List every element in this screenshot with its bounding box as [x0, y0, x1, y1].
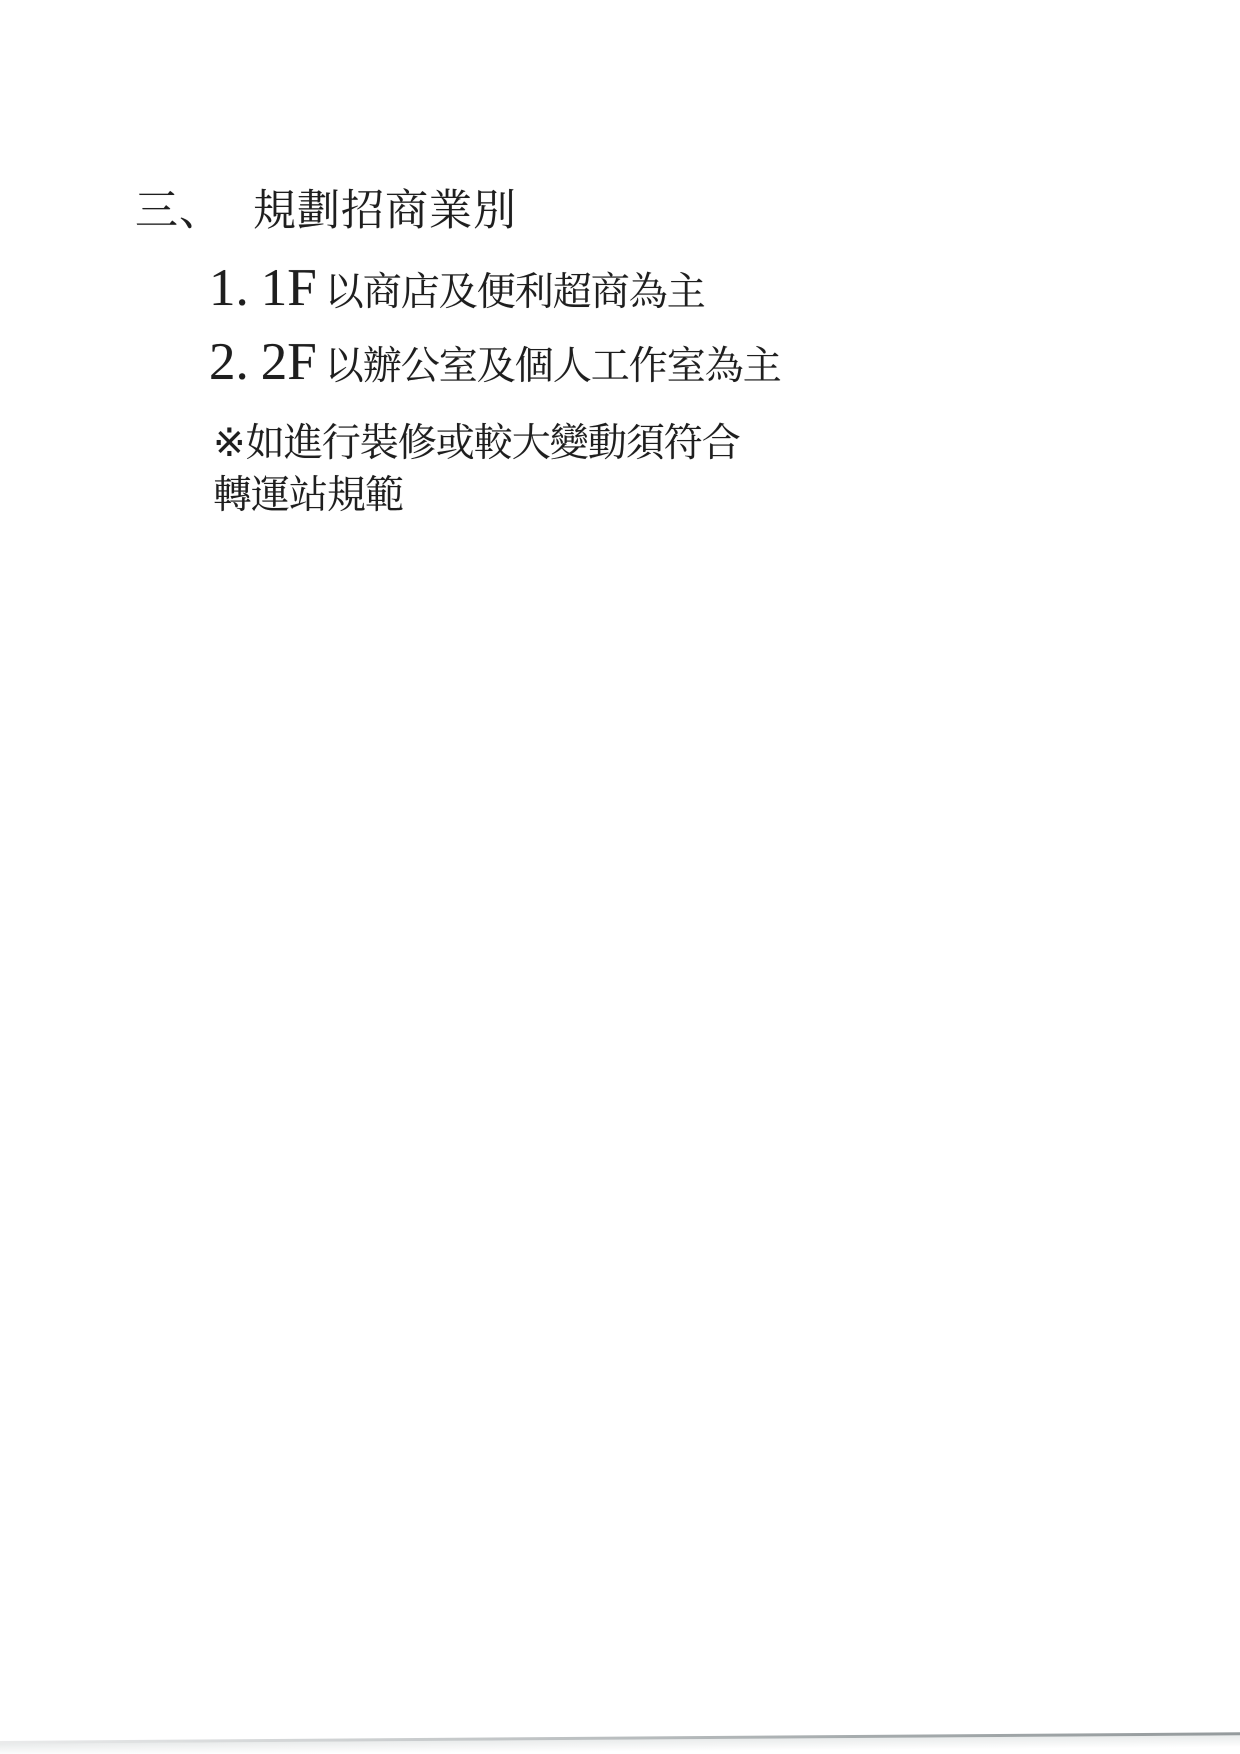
list-item-1: 1.1F以商店及便利超商為主 [209, 262, 705, 315]
list-item-2-number: 2. [209, 333, 249, 391]
list-item-1-floor-label: 1F [261, 259, 317, 317]
list-item-2-text: 以辦公室及個人工作室為主 [325, 345, 781, 388]
section-heading: 三、規劃招商業別 [135, 190, 517, 233]
reference-mark: ※ [213, 422, 246, 465]
note-text-line-1: 如進行裝修或較大變動須符合 [246, 422, 740, 465]
note-line-1: ※如進行裝修或較大變動須符合 [213, 424, 740, 463]
scanned-document-page: 三、規劃招商業別 1.1F以商店及便利超商為主 2.2F以辦公室及個人工作室為主… [0, 0, 1240, 1754]
section-heading-number: 三、 [135, 188, 223, 235]
note-text-line-2: 轉運站規範 [213, 474, 403, 517]
note-line-2: 轉運站規範 [213, 476, 403, 515]
list-item-2: 2.2F以辦公室及個人工作室為主 [209, 336, 781, 389]
list-item-1-number: 1. [209, 259, 249, 317]
list-item-1-text: 以商店及便利超商為主 [325, 271, 705, 314]
section-heading-title: 規劃招商業別 [253, 188, 517, 235]
scan-edge-artifact [0, 1732, 1240, 1754]
list-item-2-floor-label: 2F [261, 333, 317, 391]
